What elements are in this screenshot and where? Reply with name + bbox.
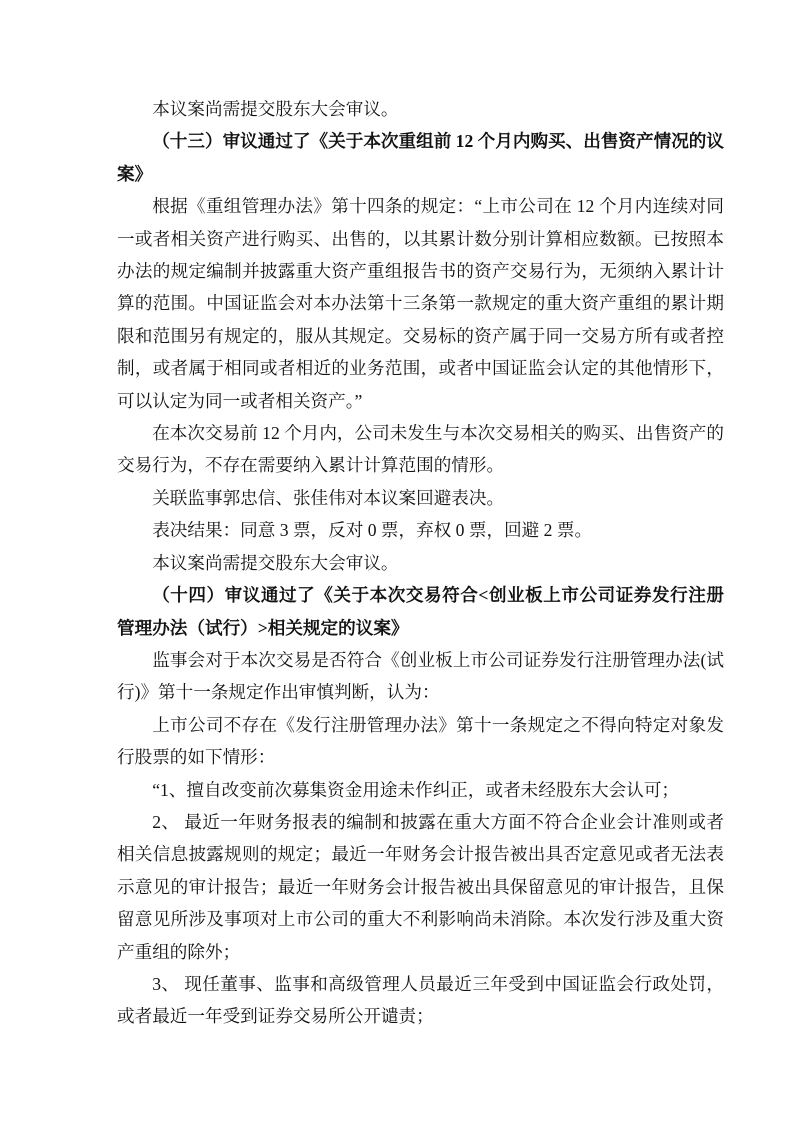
paragraph-shareholder-review: 本议案尚需提交股东大会审议。 bbox=[117, 93, 724, 125]
document-page: 本议案尚需提交股东大会审议。 （十三）审议通过了《关于本次重组前 12 个月内购… bbox=[0, 0, 793, 1122]
paragraph-supervisory-judgment: 监事会对于本次交易是否符合《创业板上市公司证券发行注册管理办法(试行)》第十一条… bbox=[117, 644, 724, 709]
paragraph-no-circumstances-intro: 上市公司不存在《发行注册管理办法》第十一条规定之不得向特定对象发行股票的如下情形… bbox=[117, 709, 724, 774]
paragraph-item-1: “1、擅自改变前次募集资金用途未作纠正，或者未经股东大会认可； bbox=[117, 774, 724, 806]
paragraph-item-2: 2、 最近一年财务报表的编制和披露在重大方面不符合企业会计准则或者相关信息披露规… bbox=[117, 806, 724, 968]
paragraph-no-related-transactions: 在本次交易前 12 个月内，公司未发生与本次交易相关的购买、出售资产的交易行为，… bbox=[117, 417, 724, 482]
paragraph-regulation-quote: 根据《重组管理办法》第十四条的规定：“上市公司在 12 个月内连续对同一或者相关… bbox=[117, 190, 724, 417]
paragraph-item-3: 3、 现任董事、监事和高级管理人员最近三年受到中国证监会行政处罚，或者最近一年受… bbox=[117, 968, 724, 1033]
section-heading-13: （十三）审议通过了《关于本次重组前 12 个月内购买、出售资产情况的议案》 bbox=[117, 125, 724, 190]
paragraph-related-supervisors-abstain: 关联监事郭忠信、张佳伟对本议案回避表决。 bbox=[117, 482, 724, 514]
paragraph-vote-result: 表决结果：同意 3 票，反对 0 票，弃权 0 票，回避 2 票。 bbox=[117, 514, 724, 546]
section-heading-14: （十四）审议通过了《关于本次交易符合<创业板上市公司证券发行注册管理办法（试行）… bbox=[117, 579, 724, 644]
paragraph-shareholder-review-2: 本议案尚需提交股东大会审议。 bbox=[117, 547, 724, 579]
